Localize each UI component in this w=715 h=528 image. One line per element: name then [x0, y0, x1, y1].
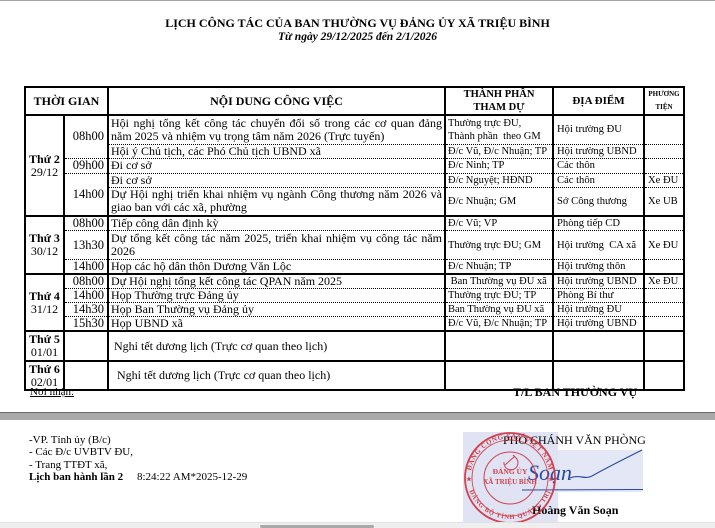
- page-break-separator: [0, 412, 715, 420]
- recipients-label: Nơi nhận:: [30, 386, 74, 398]
- issue-label: Lịch ban hành lần 2: [29, 471, 123, 483]
- day-label: Thứ 5: [29, 332, 60, 346]
- day-cell: Thứ 501/01: [25, 331, 64, 361]
- viewer-top-edge: [0, 0, 715, 1]
- issue-line: Lịch ban hành lần 28:24:22 AM*2025-12-29: [29, 471, 133, 483]
- time-cell: 13h30: [64, 231, 108, 260]
- participants-cell: Đ/c Vũ, Đ/c Nhuận; TP: [445, 144, 553, 158]
- content-cell: Họp UBND xã: [108, 317, 445, 332]
- content-cell: Đi cơ sở: [108, 173, 445, 187]
- participants-cell: Ban Thường vụ ĐU xã: [445, 303, 553, 317]
- transport-cell: Xe ĐU: [644, 274, 684, 289]
- participants-cell: Đ/c Vũ, Đ/c Nhuận; TP: [445, 317, 553, 332]
- participants-cell: Đ/c Ninh; TP: [445, 158, 553, 173]
- transport-cell: [644, 115, 684, 144]
- transport-cell: [644, 289, 684, 303]
- table-row: 13h30 Dự tổng kết công tác năm 2025, tri…: [25, 231, 684, 260]
- transport-cell: Xe UB: [644, 187, 684, 216]
- participants-cell: Đ/c Nguyệt; HĐND: [445, 173, 553, 187]
- header-participants: THÀNH PHẦNTHAM DỰ: [445, 87, 553, 115]
- day-date: 29/12: [31, 165, 58, 179]
- time-cell: 15h30: [64, 317, 108, 332]
- transport-cell: Xe ĐU: [644, 231, 684, 260]
- day-cell: Thứ 431/12: [25, 274, 64, 331]
- svg-text:ĐẢNG BỘ TỈNH QUẢNG TRỊ: ĐẢNG BỘ TỈNH QUẢNG TRỊ: [467, 489, 552, 521]
- transport-cell: Xe ĐU: [644, 173, 684, 187]
- recipients-list: -VP. Tỉnh ủy (B/c) - Các Đ/c UVBTV ĐU, -…: [29, 434, 133, 483]
- location-cell: [553, 331, 644, 361]
- content-cell: Dự tổng kết công tác năm 2025, triển kha…: [108, 231, 445, 260]
- table-row: Thứ 330/12 08h00 Tiếp công dân định kỳ Đ…: [25, 216, 684, 231]
- transport-cell: [644, 260, 684, 275]
- table-row: 14h00 Họp Thường trực Đảng ủy Thường trự…: [25, 289, 684, 303]
- stamp-bottom-text: ĐẢNG BỘ TỈNH QUẢNG TRỊ: [467, 489, 552, 521]
- document-title: LỊCH CÔNG TÁC CỦA BAN THƯỜNG VỤ ĐẢNG ỦY …: [0, 16, 715, 31]
- location-cell: Hội trường CA xã: [553, 231, 644, 260]
- time-cell: 08h00: [64, 115, 108, 158]
- transport-cell: [644, 331, 684, 361]
- location-cell: Sở Công thương: [553, 187, 644, 216]
- stamp-star-icon: ★: [466, 476, 472, 483]
- day-cell: Thứ 229/12: [25, 115, 64, 216]
- participants-cell: [445, 331, 553, 361]
- table-row: Hội ý Chủ tịch, các Phó Chủ tịch UBND xã…: [25, 144, 684, 158]
- location-cell: Hội trường ĐU: [553, 115, 644, 144]
- day-label: Thứ 4: [29, 289, 60, 303]
- day-label: Thứ 6: [29, 362, 60, 376]
- header-participants-line2: THAM DỰ: [473, 102, 524, 113]
- content-cell: Hội nghị tổng kết công tác chuyển đổi số…: [108, 115, 445, 144]
- participants-cell: Thường trực ĐU, Thành phần theo GM: [445, 115, 553, 144]
- time-cell: 08h00: [64, 216, 108, 231]
- participants-cell: Thường trực ĐU; TP: [445, 289, 553, 303]
- official-stamp: ĐẢNG CỘNG SẢN VIỆT NAM ĐẢNG BỘ TỈNH QUẢN…: [460, 428, 560, 528]
- time-cell: 14h30: [64, 303, 108, 317]
- time-cell: 14h00: [64, 173, 108, 216]
- header-transport: PHƯƠNGTIỆN: [644, 87, 684, 115]
- content-cell: Nghỉ tết dương lịch (Trực cơ quan theo l…: [108, 331, 445, 361]
- location-cell: Phòng Bí thư: [553, 289, 644, 303]
- stamp-center-line2: XÃ TRIỆU BÌNH: [483, 478, 537, 486]
- location-cell: Hội trường UBND: [553, 317, 644, 332]
- recipient-item: -VP. Tỉnh ủy (B/c): [29, 434, 133, 446]
- participants-cell: Đ/c Nhuận; TP: [445, 260, 553, 275]
- content-cell: Nghỉ tết dương lịch (Trực cơ quan theo l…: [108, 361, 445, 390]
- day-label: Thứ 3: [29, 231, 60, 245]
- location-cell: Hội trường UBND: [553, 274, 644, 289]
- issue-timestamp: 8:24:22 AM*2025-12-29: [137, 471, 247, 483]
- time-cell: 14h00: [64, 289, 108, 303]
- content-cell: Họp Thường trực Đảng ủy: [108, 289, 445, 303]
- schedule-table: THỜI GIAN NỘI DUNG CÔNG VIỆC THÀNH PHẦNT…: [24, 86, 685, 391]
- header-content: NỘI DUNG CÔNG VIỆC: [108, 87, 445, 115]
- day-date: 31/12: [31, 302, 58, 316]
- table-row: 14h00 Đi cơ sở Đ/c Nguyệt; HĐND Các thôn…: [25, 173, 684, 187]
- header-transport-line2: TIỆN: [655, 103, 672, 111]
- time-cell: 09h00: [64, 158, 108, 173]
- header-participants-line1: THÀNH PHẦN: [464, 89, 535, 100]
- location-cell: Các thôn: [553, 158, 644, 173]
- day-date: 30/12: [31, 244, 58, 258]
- transport-cell: [644, 303, 684, 317]
- header-transport-line1: PHƯƠNG: [648, 90, 679, 98]
- participants-cell: Ban Thường vụ ĐU xã: [445, 274, 553, 289]
- location-cell: Các thôn: [553, 173, 644, 187]
- table-row: Dự Hội nghị triển khai nhiệm vụ ngành Cô…: [25, 187, 684, 216]
- table-row: Thứ 431/12 08h00 Dự Hội nghị tổng kết cô…: [25, 274, 684, 289]
- table-row: 14h00 Họp các hộ dân thôn Dương Văn Lộc …: [25, 260, 684, 275]
- day-cell: Thứ 330/12: [25, 216, 64, 274]
- content-cell: Hội ý Chủ tịch, các Phó Chủ tịch UBND xã: [108, 144, 445, 158]
- location-cell: Hội trường UBND: [553, 144, 644, 158]
- day-label: Thứ 2: [29, 152, 60, 166]
- transport-cell: [644, 317, 684, 332]
- table-row: 09h00 Đi cơ sở Đ/c Ninh; TP Các thôn: [25, 158, 684, 173]
- participants-cell: Đ/c Nhuận; GM: [445, 187, 553, 216]
- transport-cell: [644, 158, 684, 173]
- transport-cell: [644, 216, 684, 231]
- header-location: ĐỊA ĐIỂM: [553, 87, 644, 115]
- time-cell: [64, 331, 108, 361]
- transport-cell: [644, 361, 684, 390]
- location-cell: Phòng tiếp CD: [553, 216, 644, 231]
- signature-flourish: [570, 450, 642, 478]
- content-cell: Họp các hộ dân thôn Dương Văn Lộc: [108, 260, 445, 275]
- content-cell: Tiếp công dân định kỳ: [108, 216, 445, 231]
- content-cell: Đi cơ sở: [108, 158, 445, 173]
- signer-title: T/L BAN THƯỜNG VỤ: [513, 385, 637, 400]
- day-date: 01/01: [31, 345, 58, 359]
- location-cell: Hội trường ĐU: [553, 303, 644, 317]
- time-cell: 08h00: [64, 274, 108, 289]
- recipient-item: - Các Đ/c UVBTV ĐU,: [29, 446, 133, 458]
- time-cell: 14h00: [64, 260, 108, 275]
- document-date-range: Từ ngày 29/12/2025 đến 2/1/2026: [0, 31, 715, 43]
- table-row: 15h30 Họp UBND xã Đ/c Vũ, Đ/c Nhuận; TP …: [25, 317, 684, 332]
- content-cell: Dự Hội nghị tổng kết công tác QPAN năm 2…: [108, 274, 445, 289]
- location-cell: Hội trường thôn: [553, 260, 644, 275]
- participants-cell: Thường trực ĐU; GM: [445, 231, 553, 260]
- content-cell: Dự Hội nghị triển khai nhiệm vụ ngành Cô…: [108, 187, 445, 216]
- stamp-star-icon: ★: [548, 476, 554, 483]
- table-row: Thứ 501/01 Nghỉ tết dương lịch (Trực cơ …: [25, 331, 684, 361]
- content-cell: Họp Ban Thường vụ Đảng ủy: [108, 303, 445, 317]
- table-header-row: THỜI GIAN NỘI DUNG CÔNG VIỆC THÀNH PHẦNT…: [25, 87, 684, 115]
- participants-cell: Đ/c Vũ; VP: [445, 216, 553, 231]
- table-row: 14h30 Họp Ban Thường vụ Đảng ủy Ban Thườ…: [25, 303, 684, 317]
- table-row: Thứ 229/12 08h00 Hội nghị tổng kết công …: [25, 115, 684, 144]
- recipient-item: - Trang TTĐT xã,: [29, 459, 133, 471]
- header-time: THỜI GIAN: [25, 87, 108, 115]
- transport-cell: [644, 144, 684, 158]
- stamp-center-line1: ĐẢNG ỦY: [493, 466, 528, 476]
